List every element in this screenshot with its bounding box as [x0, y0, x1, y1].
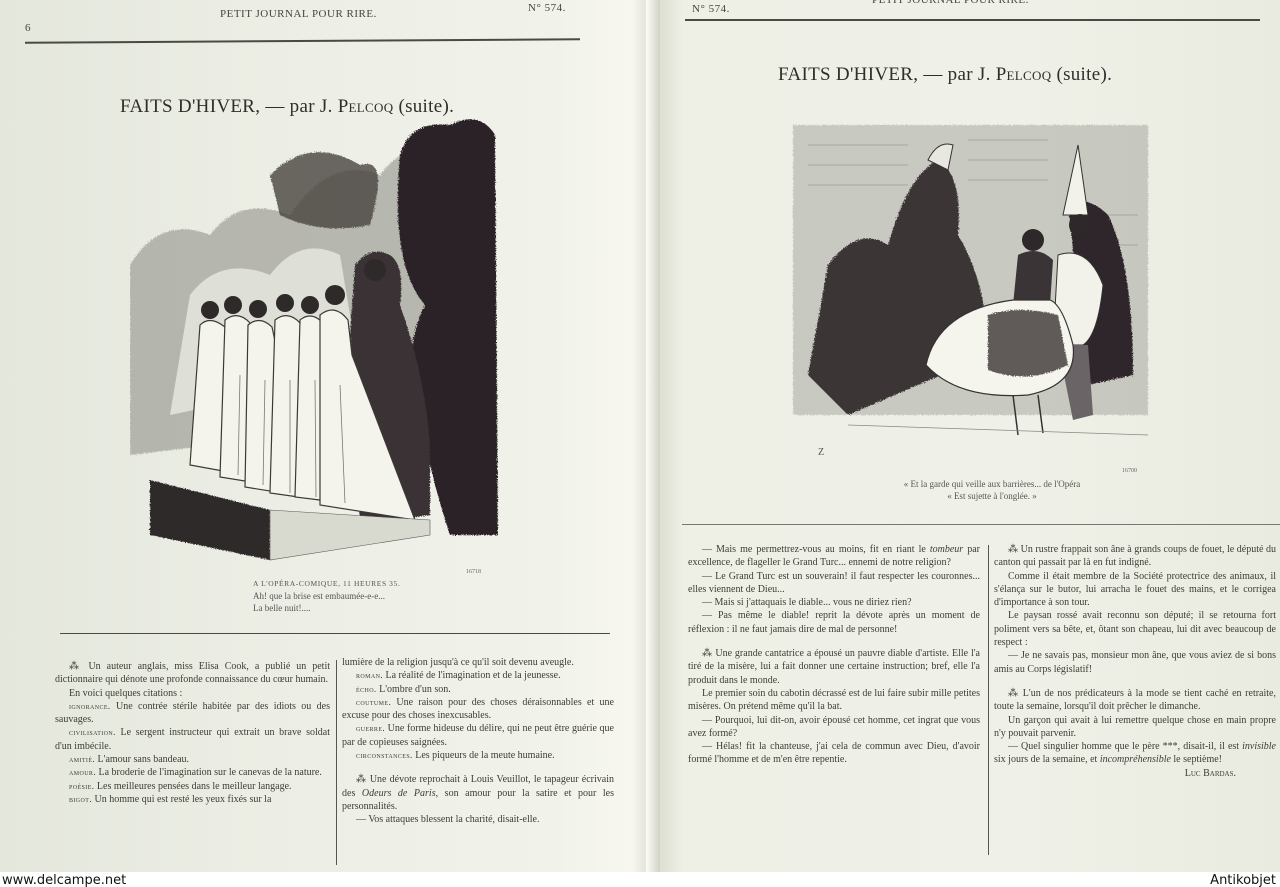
text-column-2: ⁂ Un rustre frappait son âne à grands co… — [994, 543, 1276, 780]
paragraph: Comme il était membre de la Société prot… — [994, 570, 1276, 610]
illustration-caption: « Et la garde qui veille aux barrières..… — [862, 478, 1122, 502]
text-column-1: — Mais me permettrez-vous au moins, fit … — [688, 543, 980, 767]
definition-term: poésie. — [69, 781, 94, 791]
italic-word: incompréhensible — [1100, 754, 1171, 765]
paragraph: Le paysan rossé avait reconnu son député… — [994, 609, 1276, 649]
running-head: PETIT JOURNAL POUR RIRE. — [872, 0, 1029, 6]
watermark-bar: www.delcampe.net Antikobjet — [0, 872, 1280, 887]
paragraph: — Je ne savais pas, monsieur mon âne, qu… — [994, 649, 1276, 676]
text-span: six jours de la semaine, et — [994, 754, 1100, 765]
definition-term: ignorance. — [69, 701, 111, 711]
engraving-opera-dancers: Z — [788, 115, 1168, 475]
definition-term: amitié. — [69, 754, 95, 764]
definition-term: circonstances. — [356, 750, 413, 760]
column-divider — [988, 545, 989, 855]
paragraph: — Vos attaques blessent la charité, disa… — [342, 813, 614, 826]
definition-term: guerre. — [356, 723, 385, 733]
text-span: — Mais me permettrez-vous au moins, fit … — [702, 544, 930, 555]
issue-number: N° 574. — [692, 3, 730, 15]
page-title: FAITS D'HIVER, — par J. Pelcoq (suite). — [778, 64, 1112, 86]
definition-entry: guerre. Une forme hideuse du délire, qui… — [342, 722, 614, 749]
title-text: FAITS D'HIVER, — par J. — [778, 64, 996, 85]
definition-text: Les piqueurs de la meute humaine. — [413, 750, 555, 761]
illustration-caption: A L'OPÉRA-COMIQUE, 11 HEURES 35. Ah! que… — [253, 578, 513, 614]
definition-text: L'amour sans bandeau. — [95, 754, 189, 765]
watermark-left: www.delcampe.net — [2, 873, 126, 887]
column-divider — [336, 660, 337, 865]
definition-text: Un homme qui est resté les yeux fixés su… — [92, 794, 271, 805]
running-head: PETIT JOURNAL POUR RIRE. — [220, 8, 377, 20]
page-gutter — [646, 0, 660, 872]
title-suffix: (suite). — [1051, 64, 1112, 85]
caption-line-1: « Et la garde qui veille aux barrières..… — [862, 478, 1122, 490]
header-rule — [685, 19, 1260, 21]
italic-title: Odeurs de Paris — [362, 788, 436, 799]
definition-entry: circonstances. Les piqueurs de la meute … — [342, 749, 614, 762]
header-rule — [25, 38, 580, 43]
paragraph: Le premier soin du cabotin décrassé est … — [688, 687, 980, 714]
definition-text: La broderie de l'imagination sur le cane… — [96, 767, 322, 778]
definition-entry: coutume. Une raison pour des choses déra… — [342, 696, 614, 723]
paragraph: ⁂ Une grande cantatrice a épousé un pauv… — [688, 647, 980, 687]
paragraph: lumière de la religion jusqu'à ce qu'il … — [342, 656, 614, 669]
definition-term: civilisation. — [69, 727, 116, 737]
paragraph: — Mais si j'attaquais le diable... vous … — [688, 596, 980, 609]
watermark-right: Antikobjet — [1210, 873, 1276, 887]
caption-line-1: A L'OPÉRA-COMIQUE, 11 HEURES 35. — [253, 578, 513, 590]
paragraph: — Mais me permettrez-vous au moins, fit … — [688, 543, 980, 570]
definition-text: L'ombre d'un son. — [377, 684, 451, 695]
definition-term: écho. — [356, 684, 377, 694]
paragraph: — Hélas! fit la chanteuse, j'ai cela de … — [688, 740, 980, 767]
text-column-2: lumière de la religion jusqu'à ce qu'il … — [342, 656, 614, 827]
paragraph: En voici quelques citations : — [55, 687, 330, 700]
definition-entry: ignorance. Une contrée stérile habitée p… — [55, 700, 330, 727]
title-text: FAITS D'HIVER, — par J. — [120, 96, 338, 117]
title-suffix: (suite). — [393, 96, 454, 117]
definition-text: Les meilleures pensées dans le meilleur … — [94, 781, 291, 792]
paragraph: ⁂ Un auteur anglais, miss Elisa Cook, a … — [55, 660, 330, 687]
italic-word: tombeur — [930, 544, 963, 555]
definition-entry: civilisation. Le sergent instructeur qui… — [55, 726, 330, 753]
title-author: Pelcoq — [338, 96, 394, 117]
text-column-1: ⁂ Un auteur anglais, miss Elisa Cook, a … — [55, 660, 330, 806]
definition-entry: amour. La broderie de l'imagination sur … — [55, 766, 330, 779]
paragraph: ⁂ Un rustre frappait son âne à grands co… — [994, 543, 1276, 570]
definition-entry: écho. L'ombre d'un son. — [342, 683, 614, 696]
newspaper-spread: 6 PETIT JOURNAL POUR RIRE. N° 574. FAITS… — [0, 0, 1280, 872]
paragraph: — Pas même le diable! reprit la dévote a… — [688, 609, 980, 636]
definition-term: roman. — [356, 670, 383, 680]
engraving-opera-chorus — [130, 115, 510, 565]
paragraph: — Le Grand Turc est un souverain! il fau… — [688, 570, 980, 597]
definition-entry: bigot. Un homme qui est resté les yeux f… — [55, 793, 330, 806]
left-page: 6 PETIT JOURNAL POUR RIRE. N° 574. FAITS… — [0, 0, 652, 872]
text-span: le septième! — [1171, 754, 1222, 765]
paragraph: — Quel singulier homme que le père ***, … — [994, 740, 1276, 767]
caption-line-2: « Est sujette à l'onglée. » — [862, 490, 1122, 502]
definition-entry: poésie. Les meilleures pensées dans le m… — [55, 780, 330, 793]
paragraph: Un garçon qui avait à lui remettre quelq… — [994, 714, 1276, 741]
caption-line-2: Ah! que la brise est embaumée-e-e... — [253, 590, 513, 602]
title-author: Pelcoq — [996, 64, 1052, 85]
definition-entry: amitié. L'amour sans bandeau. — [55, 753, 330, 766]
author-signature: Luc Bardas. — [994, 767, 1276, 780]
paragraph: ⁂ L'un de nos prédicateurs à la mode se … — [994, 687, 1276, 714]
definition-term: bigot. — [69, 794, 92, 804]
plate-number: 16700 — [1122, 468, 1137, 474]
paragraph: ⁂ Une dévote reprochait à Louis Veuillot… — [342, 773, 614, 813]
section-rule — [60, 633, 610, 634]
section-rule — [682, 524, 1280, 525]
text-span: — Quel singulier homme que le père ***, … — [1008, 741, 1242, 752]
right-page: N° 574. PETIT JOURNAL POUR RIRE. FAITS D… — [652, 0, 1280, 872]
issue-number-fragment: N° 574. — [528, 2, 566, 14]
definition-term: amour. — [69, 767, 96, 777]
definition-text: La réalité de l'imagination et de la jeu… — [383, 670, 561, 681]
definition-entry: roman. La réalité de l'imagination et de… — [342, 669, 614, 682]
caption-line-3: La belle nuit!.... — [253, 602, 513, 614]
plate-number: 16718 — [466, 569, 481, 575]
page-number: 6 — [25, 22, 31, 34]
paragraph: — Pourquoi, lui dit-on, avoir épousé cet… — [688, 714, 980, 741]
svg-text:Z: Z — [818, 447, 824, 458]
definition-term: coutume. — [356, 697, 391, 707]
italic-word: invisible — [1242, 741, 1276, 752]
